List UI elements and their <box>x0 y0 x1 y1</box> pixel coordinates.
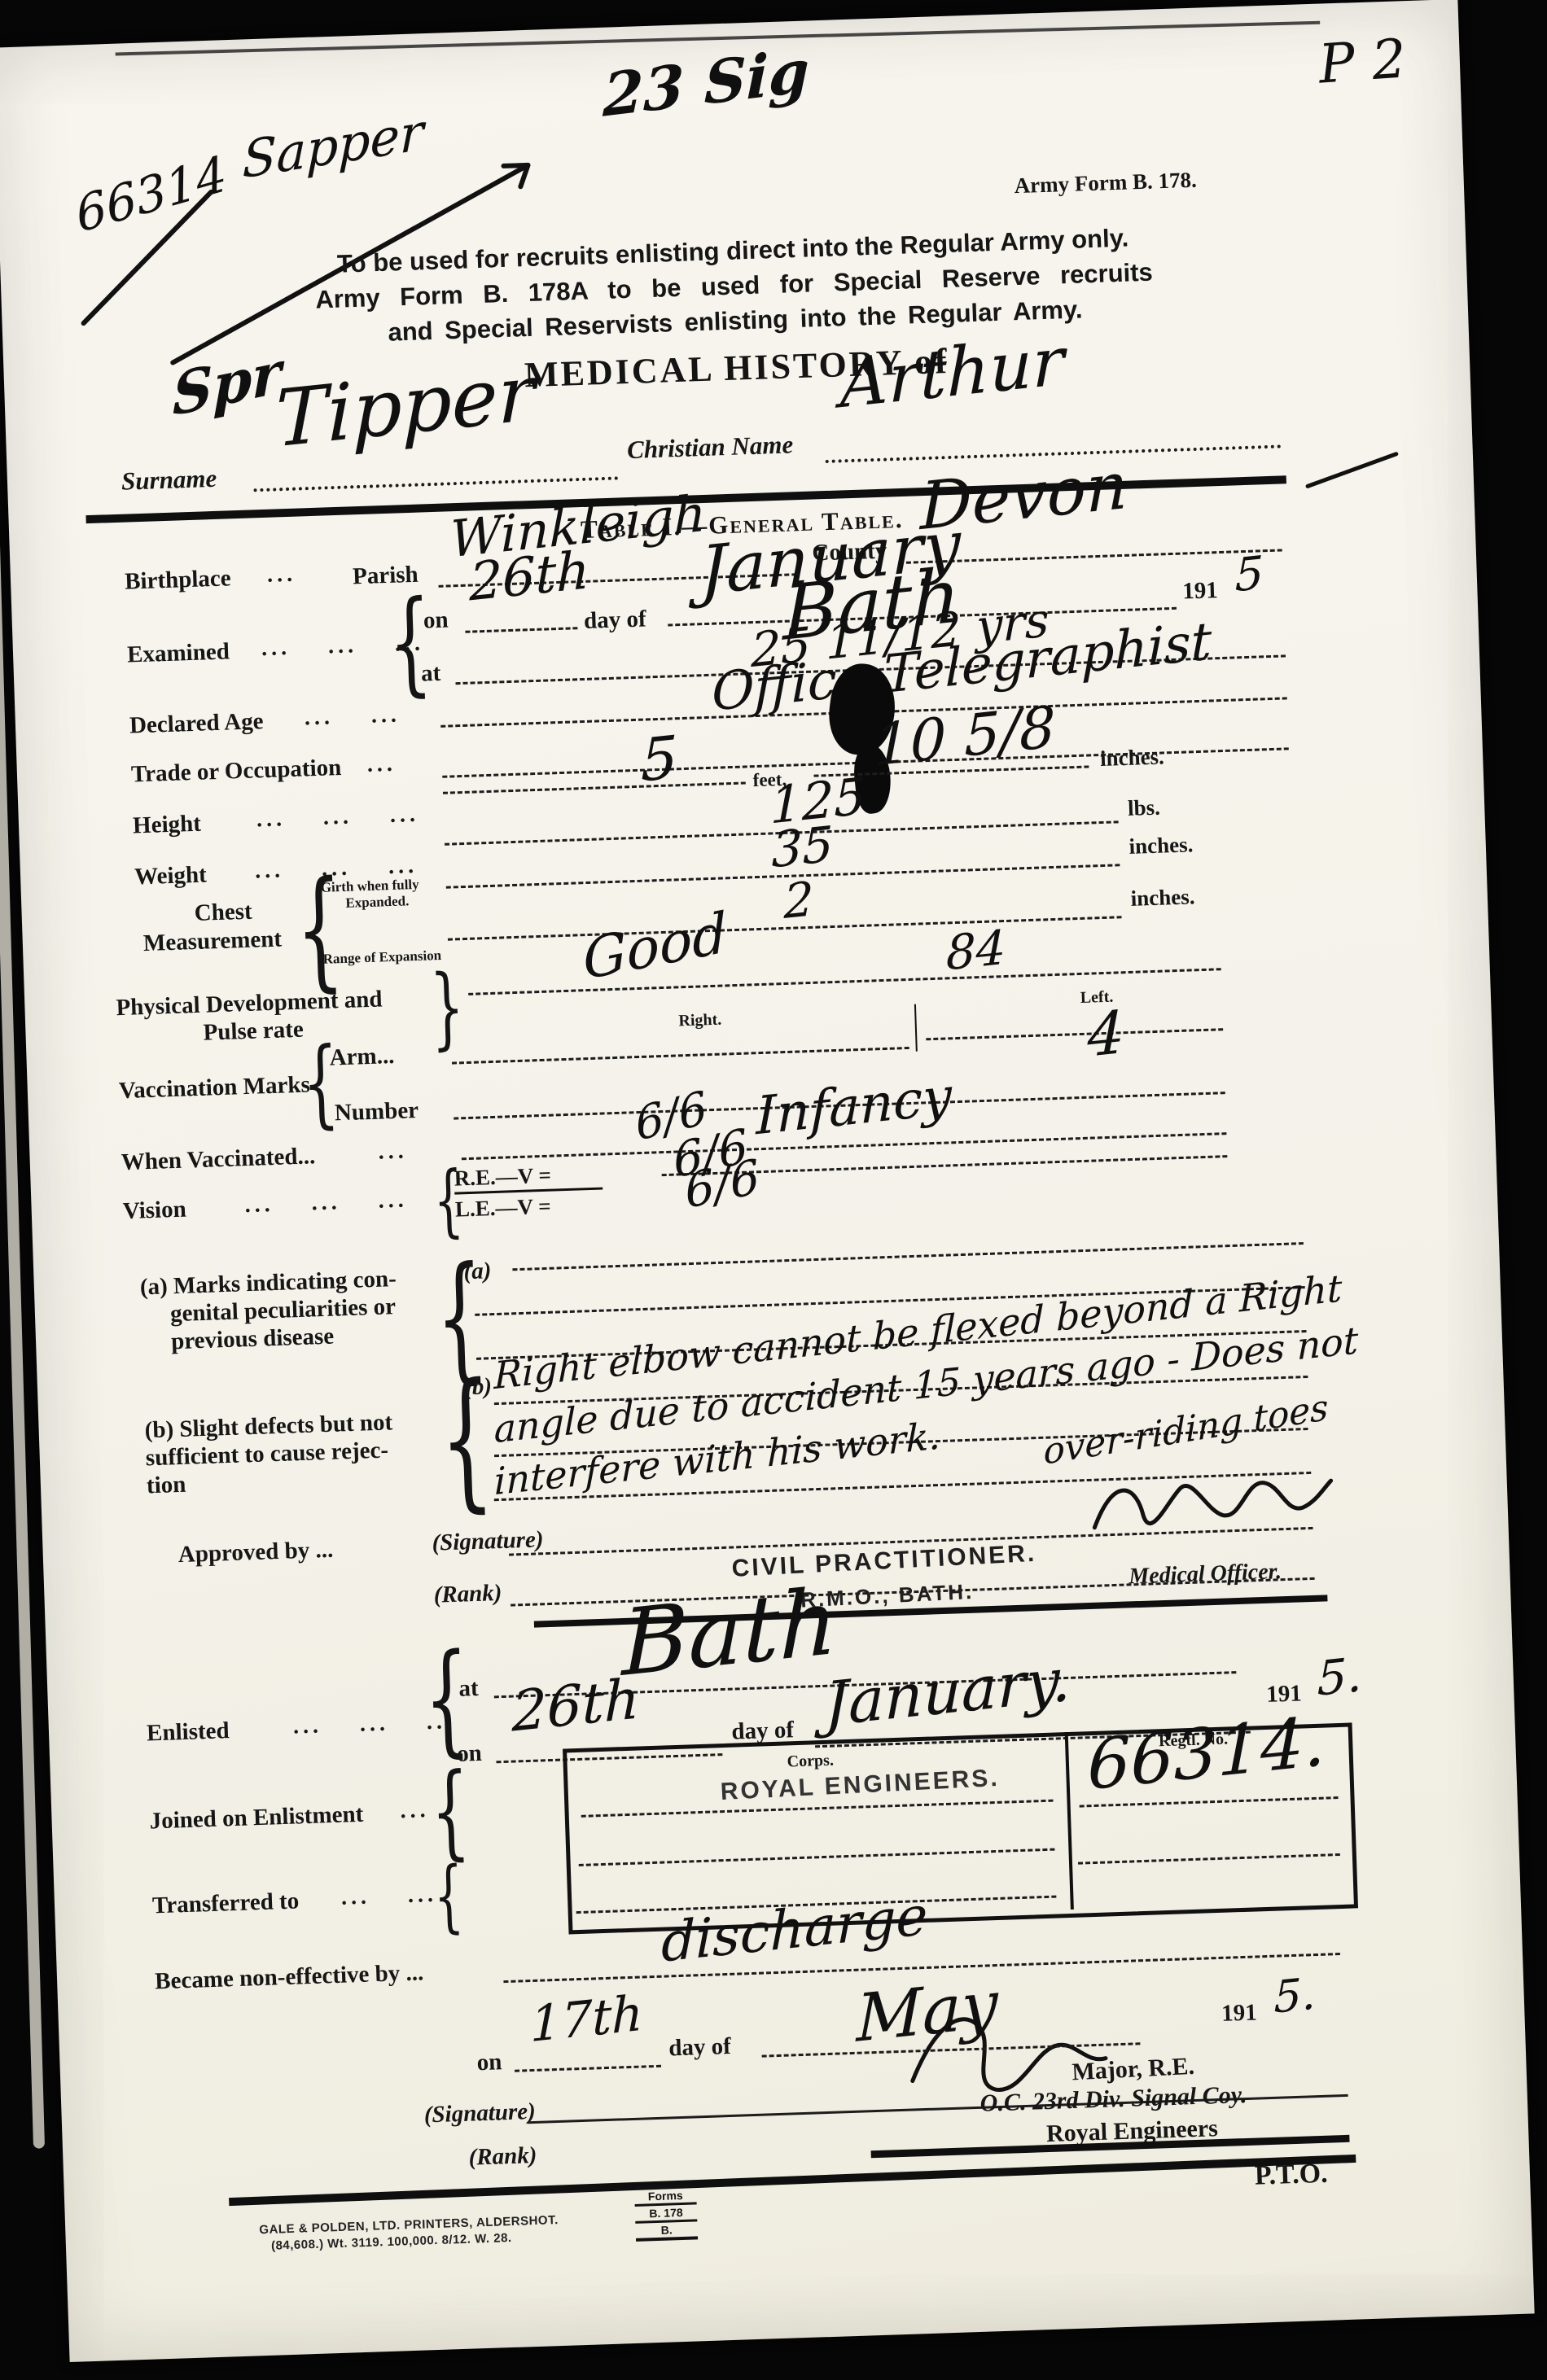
development-value: Good <box>582 906 729 990</box>
declared-age-dots: ... ... <box>304 702 401 731</box>
enlisted-at-label: at <box>458 1675 479 1703</box>
birthplace-dots: ... <box>266 562 296 588</box>
height-inches-label: inches. <box>1100 744 1165 772</box>
when-vaccinated-value: Infancy <box>756 1070 951 1143</box>
forms-box-line3: B. <box>635 2221 698 2238</box>
enlisted-year-written: 5. <box>1317 1651 1362 1703</box>
right-column-label: Right. <box>678 1011 722 1031</box>
approved-by-label: Approved by ... <box>177 1537 333 1568</box>
bottom-heavy-rule <box>229 2155 1356 2206</box>
examined-day-value: 26th <box>470 545 590 610</box>
non-effective-label: Became non-effective by ... <box>155 1959 424 1995</box>
corps-header: Corps. <box>787 1752 834 1772</box>
defects-entry-note: over-riding toes <box>1043 1390 1328 1471</box>
height-dots: ... ... ... <box>256 802 419 833</box>
arm-label: Arm... <box>329 1043 395 1072</box>
vaccination-label: Vaccination Marks <box>118 1071 310 1105</box>
trade-label: Trade or Occupation <box>130 755 341 789</box>
range-value: 2 <box>784 875 814 925</box>
discharge-year-written: 5. <box>1274 1971 1316 2020</box>
when-vaccinated-label: When Vaccinated... <box>121 1143 315 1176</box>
vaccination-marks-value: 4 <box>1088 1003 1125 1065</box>
enlisted-month-value: January. <box>825 1649 1072 1735</box>
surname-value: Tipper <box>275 353 535 458</box>
final-signature-label: (Signature) <box>423 2098 536 2129</box>
arm-line-left <box>926 1028 1223 1040</box>
rank-annotation: Sapper <box>242 107 424 186</box>
vision-right-label: R.E.—V = <box>454 1163 551 1192</box>
county-line <box>906 549 1282 563</box>
discharge-day-line <box>515 2065 661 2072</box>
officer-rank-value: Major, R.E. <box>1072 2053 1195 2087</box>
discharge-month-value: May <box>857 1971 998 2051</box>
enlisted-label: Enlisted <box>147 1717 230 1747</box>
when-vaccinated-dots: ... <box>378 1138 408 1165</box>
trade-dots: ... <box>366 751 397 778</box>
examined-day-line <box>465 627 577 633</box>
surname-line <box>253 476 618 492</box>
height-label: Height <box>133 811 202 840</box>
transferred-dots: ... ... <box>340 1882 437 1911</box>
transferred-label: Transferred to <box>152 1888 300 1919</box>
joined-dots: ... <box>400 1797 430 1824</box>
examined-at-label: at <box>421 660 441 688</box>
chest-label-line1: Chest <box>194 899 252 927</box>
height-feet-line <box>443 781 746 794</box>
arrow-head <box>503 165 528 187</box>
forms-box: Forms B. 178 B. <box>634 2184 698 2241</box>
declared-age-label: Declared Age <box>129 708 265 739</box>
unit-annotation: 23 Sig <box>603 42 810 125</box>
form-reference: Army Form B. 178. <box>1014 168 1197 199</box>
weight-unit-label: lbs. <box>1128 795 1161 821</box>
medical-officer-label: Medical Officer. <box>1128 1559 1282 1590</box>
weight-label: Weight <box>134 861 208 890</box>
physical-brace: } <box>429 962 466 1052</box>
rank-abbr-annotation: Spr <box>173 343 282 425</box>
height-inches-value: 10 5/8 <box>874 698 1056 774</box>
birthplace-label: Birthplace <box>125 565 232 595</box>
examined-on-label: on <box>423 606 449 634</box>
enlisted-dots: ... ... ... <box>292 1708 456 1740</box>
girth-value: 35 <box>772 820 834 875</box>
form-page: 66314 Sapper 23 Sig P 2 Army Form B. 178… <box>0 0 1535 2362</box>
forms-box-line2: B. 178 <box>635 2204 698 2224</box>
enlisted-day-value: 26th <box>512 1672 640 1741</box>
pulse-value: 84 <box>946 924 1006 978</box>
approved-rank-label: (Rank) <box>433 1580 502 1609</box>
examined-year-printed: 191 <box>1182 577 1219 605</box>
vision-label: Vision <box>122 1197 186 1226</box>
marks-a-line1 <box>512 1242 1304 1271</box>
height-feet-value: 5 <box>641 728 678 790</box>
transferred-brace: { <box>432 1857 464 1936</box>
marks-a-tag: (a) <box>463 1258 492 1285</box>
range-label: Range of Expansion <box>322 948 441 967</box>
girth-label-line2: Expanded. <box>345 894 410 911</box>
service-number-annotation: 66314 <box>72 149 230 240</box>
marks-a-label-line3: previous disease <box>171 1323 335 1356</box>
chest-label-line2: Measurement <box>142 925 282 957</box>
examined-label: Examined <box>127 638 230 668</box>
printer-line-1: GALE & POLDEN, LTD. PRINTERS, ALDERSHOT. <box>259 2213 559 2237</box>
number-label: Number <box>334 1097 419 1127</box>
physical-label-line1: Physical Development and <box>116 986 383 1022</box>
page-mark-annotation: P 2 <box>1317 32 1409 91</box>
arm-line-right <box>452 1047 909 1065</box>
surname-label: Surname <box>121 464 217 497</box>
defects-b-label-line3: tion <box>146 1472 186 1500</box>
vision-left-label: L.E.—V = <box>454 1194 551 1223</box>
discharge-year-printed: 191 <box>1221 1999 1258 2027</box>
forms-box-line1: Forms <box>634 2187 697 2207</box>
vaccination-column-divider <box>914 1004 918 1052</box>
discharge-dayof-label: day of <box>668 2033 732 2063</box>
enlisted-place-value: Bath <box>622 1576 838 1690</box>
examined-year-written: 5 <box>1235 550 1264 599</box>
vision-left-value: 6/6 <box>682 1153 761 1215</box>
examined-dayof-label: day of <box>584 606 647 635</box>
scanned-document: { "annotations": { "service_number": "66… <box>0 0 1547 2380</box>
discharge-day-value: 17th <box>530 1988 642 2050</box>
christian-name-value: Arthur <box>840 329 1064 419</box>
officer-unit-value: O.C. 23rd Div. Signal Coy. <box>979 2081 1247 2118</box>
christian-name-label: Christian Name <box>627 430 794 465</box>
physical-label-line2: Pulse rate <box>203 1017 304 1047</box>
discharge-on-label: on <box>476 2049 502 2076</box>
final-rank-label: (Rank) <box>468 2142 537 2172</box>
pen-dash <box>1307 454 1397 487</box>
joined-label: Joined on Enlistment <box>149 1801 364 1835</box>
approver-signature <box>1093 1481 1332 1528</box>
range-unit-label: inches. <box>1130 884 1195 912</box>
girth-unit-label: inches. <box>1128 832 1194 860</box>
joined-brace: { <box>429 1760 471 1864</box>
defects-b-tag: (b) <box>464 1373 493 1401</box>
vision-dots: ... ... ... <box>244 1188 408 1219</box>
